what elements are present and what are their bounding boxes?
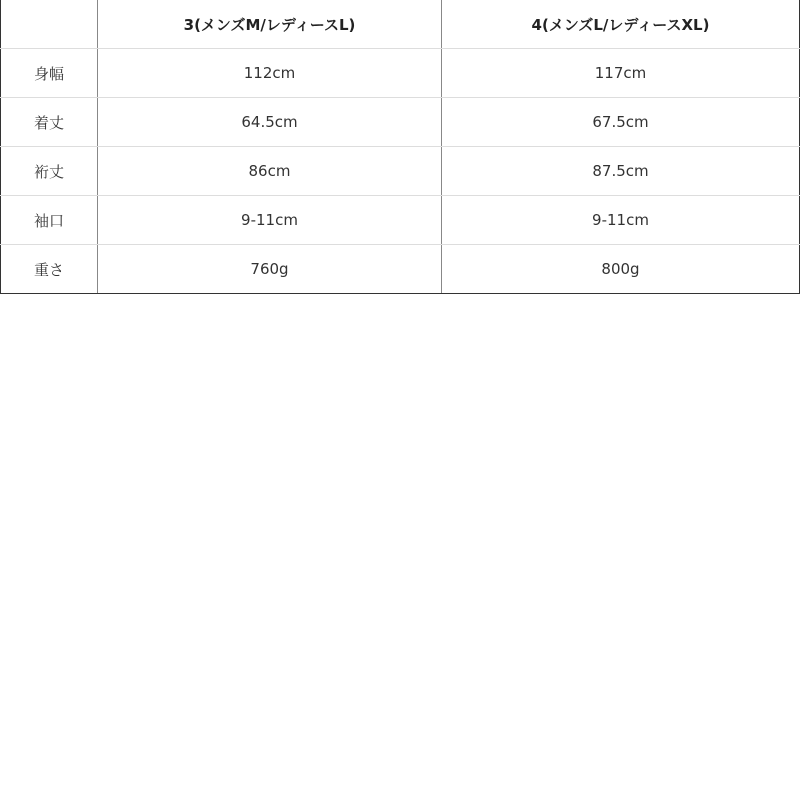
- cell-value: 86cm: [98, 147, 442, 196]
- table-row: 袖口 9-11cm 9-11cm: [1, 196, 800, 245]
- row-label: 重さ: [1, 245, 98, 294]
- cell-value: 117cm: [442, 49, 800, 98]
- header-row: 3(メンズM/レディースL) 4(メンズL/レディースXL): [1, 0, 800, 49]
- cell-value: 67.5cm: [442, 98, 800, 147]
- column-header-size-3: 3(メンズM/レディースL): [98, 0, 442, 49]
- row-label: 身幅: [1, 49, 98, 98]
- table-row: 身幅 112cm 117cm: [1, 49, 800, 98]
- table-row: 重さ 760g 800g: [1, 245, 800, 294]
- cell-value: 9-11cm: [98, 196, 442, 245]
- cell-value: 64.5cm: [98, 98, 442, 147]
- column-header-size-4: 4(メンズL/レディースXL): [442, 0, 800, 49]
- row-label: 着丈: [1, 98, 98, 147]
- corner-cell: [1, 0, 98, 49]
- cell-value: 800g: [442, 245, 800, 294]
- table-row: 裄丈 86cm 87.5cm: [1, 147, 800, 196]
- row-label: 裄丈: [1, 147, 98, 196]
- cell-value: 112cm: [98, 49, 442, 98]
- cell-value: 87.5cm: [442, 147, 800, 196]
- cell-value: 760g: [98, 245, 442, 294]
- size-table: 3(メンズM/レディースL) 4(メンズL/レディースXL) 身幅 112cm …: [0, 0, 800, 294]
- table-row: 着丈 64.5cm 67.5cm: [1, 98, 800, 147]
- row-label: 袖口: [1, 196, 98, 245]
- cell-value: 9-11cm: [442, 196, 800, 245]
